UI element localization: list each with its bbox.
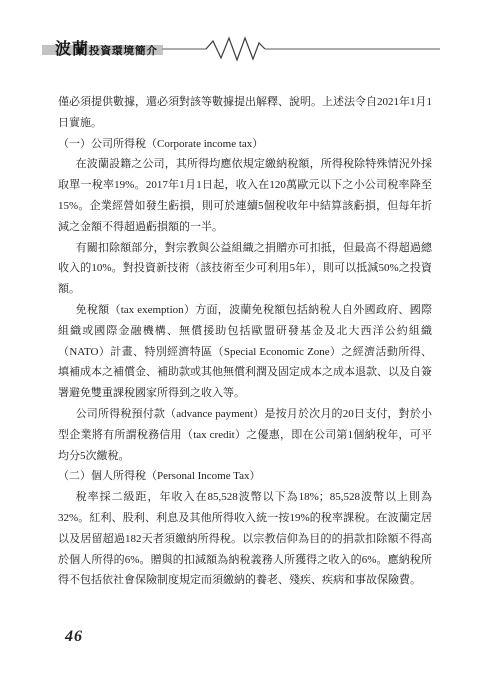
paragraph: 公司所得稅預付款（advance payment）是按月於次月的20日支付，對於… <box>58 404 432 466</box>
paragraph: 有關扣除額部分，對宗教與公益組織之捐贈亦可扣抵，但最高不得超過總收入的10%。對… <box>58 238 432 300</box>
page-header-title: 波蘭投資環境簡介 <box>55 36 158 59</box>
paragraph-continuation: 僅必須提供數據，還必須對該等數據提出解釋、說明。上述法令自2021年1月1日實施… <box>58 92 432 134</box>
zigzag-divider-icon <box>160 34 442 64</box>
paragraph: 在波蘭設籍之公司，其所得均應依規定繳納稅額，所得稅除特殊情況外採取單一稅率19%… <box>58 154 432 237</box>
page-root: 波蘭投資環境簡介 僅必須提供數據，還必須對該等數據提出解釋、說明。上述法令自20… <box>0 0 480 679</box>
body-text: 僅必須提供數據，還必須對該等數據提出解釋、說明。上述法令自2021年1月1日實施… <box>58 92 432 591</box>
section-heading-corporate-tax: （一）公司所得稅（Corporate income tax） <box>58 134 432 155</box>
header-title-sub: 投資環境簡介 <box>89 43 158 58</box>
section-heading-personal-tax: （二）個人所得稅（Personal Income Tax） <box>58 466 432 487</box>
paragraph: 稅率採二級距，年收入在85,528波幣以下為18%；85,528波幣以上則為32… <box>58 487 432 591</box>
paragraph: 免稅額（tax exemption）方面，波蘭免稅額包括納稅人自外國政府、國際組… <box>58 300 432 404</box>
header-title-main: 波蘭 <box>55 36 89 59</box>
page-footer: 46 <box>65 628 83 646</box>
page-number: 46 <box>65 628 83 645</box>
page-header: 波蘭投資環境簡介 <box>0 0 480 70</box>
